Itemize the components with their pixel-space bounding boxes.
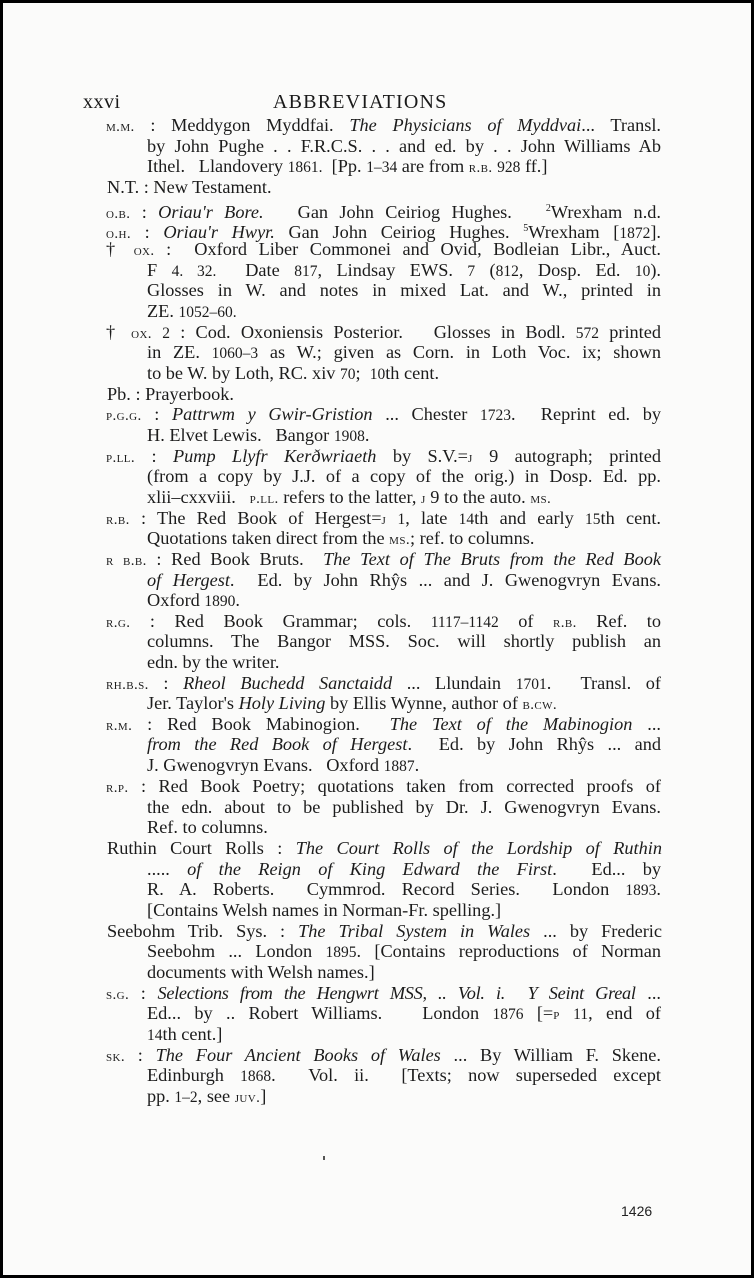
entry-line: R B.B. : Red Book Bruts. The Text of The… xyxy=(106,549,661,570)
entry-line: R. A. Roberts. Cymmrod. Record Series. L… xyxy=(147,879,661,900)
folio-roman: xxvi xyxy=(83,91,121,114)
entry-line: ZE. 1052–60. xyxy=(147,301,661,322)
entry-line: SK. : The Four Ancient Books of Wales ..… xyxy=(106,1045,661,1066)
page-number: 1426 xyxy=(621,1203,652,1219)
entry-line: J. Gwenogvryn Evans. Oxford 1887. xyxy=(147,755,661,776)
entry-line: † OX. : Oxford Liber Commonei and Ovid, … xyxy=(106,239,661,260)
entry-line: ..... of the Reign of King Edward the Fi… xyxy=(147,859,661,880)
entry-line: R.M. : Red Book Mabinogion. The Text of … xyxy=(106,714,661,735)
entry-line: R.G. : Red Book Grammar; cols. 1117–1142… xyxy=(106,611,661,632)
entry-line: Pb. : Prayerbook. xyxy=(107,384,662,405)
entry-line: Ruthin Court Rolls : The Court Rolls of … xyxy=(107,838,662,859)
entry-line: of Hergest. Ed. by John Rhŷs ... and J. … xyxy=(147,570,661,591)
running-head: xxvi ABBREVIATIONS xyxy=(3,91,751,117)
entry-line: † OX. 2 : Cod. Oxoniensis Posterior. Glo… xyxy=(106,322,661,343)
entry-line: by John Pughe . . F.R.C.S. . . and ed. b… xyxy=(147,136,661,157)
entry-line: Ithel. Llandovery 1861. [Pp. 1–34 are fr… xyxy=(147,156,661,177)
entry-line: N.T. : New Testament. xyxy=(107,177,662,198)
entry-line: RH.B.S. : Rheol Buchedd Sanctaidd ... Ll… xyxy=(106,673,661,694)
entry-line: R.B. : The Red Book of Hergest=J 1, late… xyxy=(106,508,661,529)
entry-line: Jer. Taylor's Holy Living by Ellis Wynne… xyxy=(147,693,661,714)
entry-line: Seebohm Trib. Sys. : The Tribal System i… xyxy=(107,921,662,942)
entry-line: O.H. : Oriau'r Hwyr. Gan John Ceiriog Hu… xyxy=(106,218,661,239)
entry-line: the edn. about to be published by Dr. J.… xyxy=(147,797,661,818)
entry-line: Seebohm ... London 1895. [Contains repro… xyxy=(147,941,661,962)
entry-line: to be W. by Loth, RC. xiv 70; 10th cent. xyxy=(147,363,661,384)
entry-line: Edinburgh 1868. Vol. ii. [Texts; now sup… xyxy=(147,1065,661,1086)
entry-line: F 4. 32. Date 817, Lindsay EWS. 7 (812, … xyxy=(147,260,661,281)
entry-line: Oxford 1890. xyxy=(147,590,661,611)
entry-line: xlii–cxxviii. P.LL. refers to the latter… xyxy=(147,487,661,508)
book-page: xxvi ABBREVIATIONS M.M. : Meddygon Myddf… xyxy=(3,3,751,1275)
scan-speck xyxy=(323,1156,325,1160)
entry-line: P.G.G. : Pattrwm y Gwir-Gristion ... Che… xyxy=(106,404,661,425)
entry-line: documents with Welsh names.] xyxy=(147,962,661,983)
entry-line: pp. 1–2, see JUV.] xyxy=(147,1086,661,1107)
entry-line: Ed... by .. Robert Williams. London 1876… xyxy=(147,1003,661,1024)
entry-line: H. Elvet Lewis. Bangor 1908. xyxy=(147,425,661,446)
page-title: ABBREVIATIONS xyxy=(273,91,448,114)
entry-line: R.P. : Red Book Poetry; quotations taken… xyxy=(106,776,661,797)
entry-line: Ref. to columns. xyxy=(147,817,661,838)
entry-line: [Contains Welsh names in Norman-Fr. spel… xyxy=(147,900,661,921)
entry-line: M.M. : Meddygon Myddfai. The Physicians … xyxy=(106,115,661,136)
entry-line: Glosses in W. and notes in mixed Lat. an… xyxy=(147,280,661,301)
entry-line: from the Red Book of Hergest. Ed. by Joh… xyxy=(147,734,661,755)
entry-line: S.G. : Selections from the Hengwrt MSS, … xyxy=(106,983,661,1004)
entry-line: Quotations taken direct from the MS.; re… xyxy=(147,528,661,549)
entry-line: 14th cent.] xyxy=(147,1024,661,1045)
entry-key: M.M. xyxy=(106,119,135,135)
entry-line: (from a copy by J.J. of a copy of the or… xyxy=(147,466,661,487)
entry-line: O.B. : Oriau'r Bore. Gan John Ceiriog Hu… xyxy=(106,198,661,219)
entry-line: columns. The Bangor MSS. Soc. will short… xyxy=(147,631,661,652)
entry-line: in ZE. 1060–3 as W.; given as Corn. in L… xyxy=(147,342,661,363)
entry-line: edn. by the writer. xyxy=(147,652,661,673)
entry-line: P.LL. : Pump Llyfr Kerðwriaeth by S.V.=J… xyxy=(106,446,661,467)
